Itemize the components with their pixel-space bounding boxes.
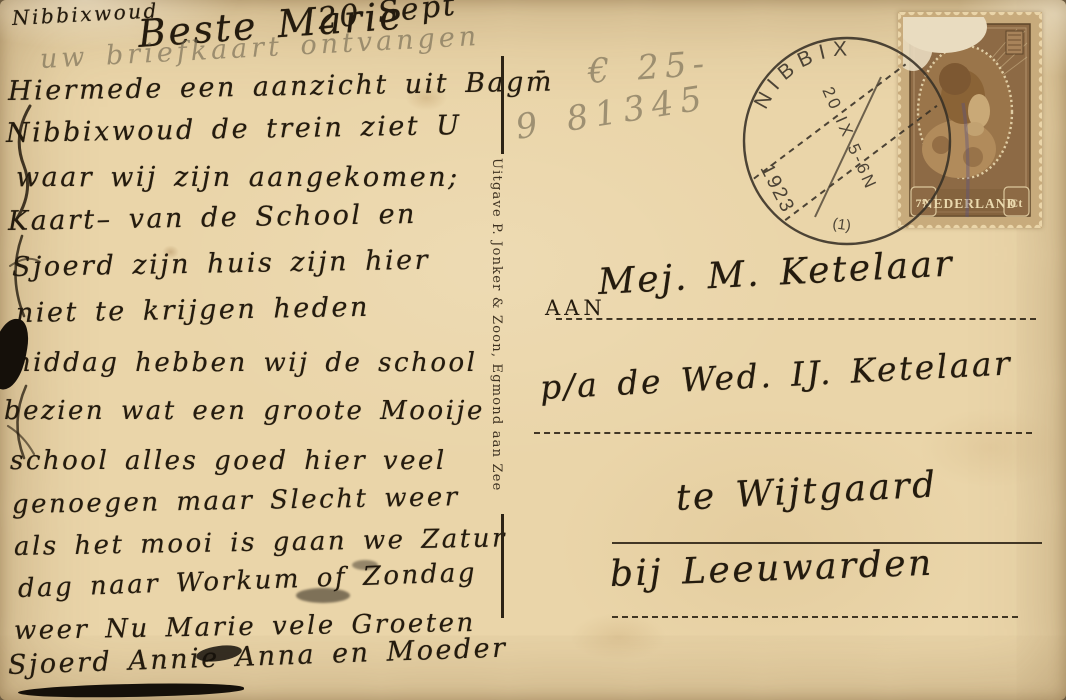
message-line: genoegen maar Slecht weer — [12, 482, 460, 520]
divider-rule-top — [501, 56, 504, 154]
address-rule-2 — [534, 432, 1032, 434]
ink-smudge — [296, 588, 350, 603]
address-rule-1 — [556, 318, 1036, 320]
publisher-imprint: Uitgave P. Jonker & Zoon, Egmond aan Zee — [489, 158, 504, 510]
perforation-left — [898, 12, 904, 228]
stamp-design: 7½ Ct NEDERLAND — [903, 17, 1037, 223]
postcard-back: Nibbixwoud Beste Marie 20 Sept uw briefk… — [0, 0, 1066, 700]
perforation-top — [898, 12, 1042, 18]
message-line: waar wij zijn aangekomen; — [16, 162, 460, 193]
perforation-right — [1036, 12, 1042, 228]
message-line: Nibbixwoud de trein ziet U — [6, 110, 462, 149]
ink-smudge-bottom — [18, 681, 244, 700]
divider-rule-bottom — [501, 514, 504, 618]
postmark-date-time: 20 IX 5-6N — [818, 84, 881, 193]
postmark-year: 1923 — [756, 160, 799, 217]
ink-smudge — [352, 560, 378, 570]
svg-text:NIBBIX: NIBBIX — [750, 37, 855, 112]
postmark-code: (1) — [831, 215, 852, 234]
postmark-town: NIBBIX — [750, 37, 855, 112]
address-region: bij Leeuwarden — [609, 543, 934, 595]
message-line: als het mooi is gaan we Zatur — [14, 523, 507, 562]
address-rule-3 — [612, 542, 1042, 544]
message-line: middag hebben wij de school — [6, 348, 477, 378]
postage-stamp: 7½ Ct NEDERLAND — [898, 12, 1042, 228]
address-care-of: p/a de Wed. IJ. Ketelaar — [539, 343, 1013, 407]
message-line: Kaart– van de School en — [8, 199, 417, 237]
coat-of-arms — [1006, 31, 1023, 54]
message-line: Hiermede een aanzicht uit Bagm̄ — [8, 66, 555, 107]
postmark-slash — [815, 77, 881, 217]
address-place: te Wijtgaard — [675, 464, 939, 519]
perforation-bottom — [898, 222, 1042, 228]
stamp-country: NEDERLAND — [923, 196, 1018, 211]
message-line: niet te krijgen heden — [16, 292, 370, 329]
message-line: bezien wat een groote Mooije — [4, 396, 485, 426]
address-rule-4 — [612, 616, 1018, 618]
message-line: school alles goed hier veel — [10, 446, 447, 476]
aan-label: AAN — [545, 296, 606, 320]
message-line: Sjoerd zijn huis zijn hier — [12, 245, 431, 283]
message-line: dag naar Workum of Zondag — [17, 558, 477, 604]
address-recipient: Mej. M. Ketelaar — [597, 243, 955, 303]
